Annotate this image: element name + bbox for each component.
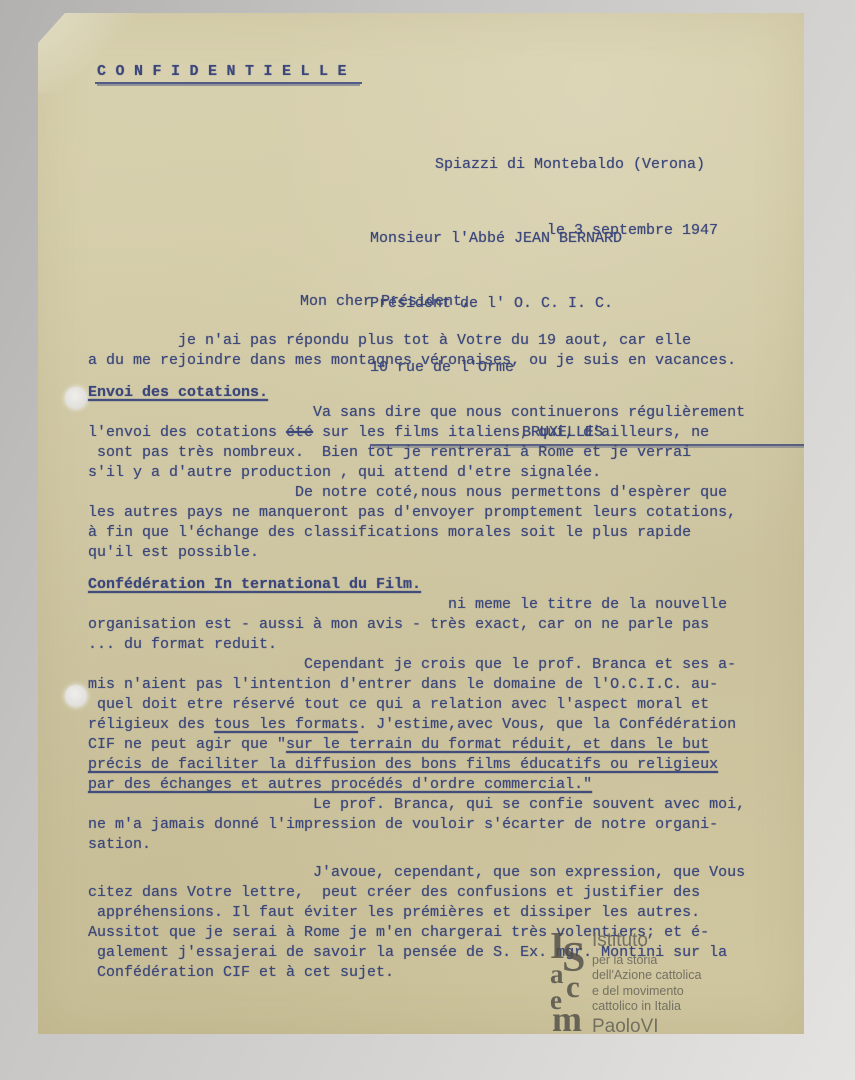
- letter-line: l'envoi des cotations été sur les films …: [88, 423, 778, 443]
- text-segment: . J'estime,avec Vous, que la Confédérati…: [358, 716, 736, 733]
- letter-line: quel doit etre réservé tout ce qui a rel…: [88, 695, 778, 715]
- text-segment: sur les films italiens, qui, d'ailleurs,…: [313, 424, 709, 441]
- letter-line: par des échanges et autres procédés d'or…: [88, 775, 778, 795]
- text-segment: organisation est - aussi à mon avis - tr…: [88, 616, 709, 633]
- monogram-letter: c: [566, 971, 580, 1002]
- letter-line: Cependant je crois que le prof. Branca e…: [88, 655, 778, 675]
- letter-line: réligieux des tous les formats. J'estime…: [88, 715, 778, 735]
- salutation: Mon cher Président,: [300, 293, 471, 310]
- text-segment: Confédération CIF et à cet sujet.: [97, 964, 394, 981]
- text-segment: qu'il est possible.: [88, 544, 259, 561]
- text-segment: ne m'a jamais donné l'impression de voul…: [88, 816, 718, 833]
- text-segment: sur le terrain du format réduit, et dans…: [286, 736, 709, 753]
- text-segment: ni meme le titre de la nouvelle: [448, 596, 727, 613]
- letter-line: sont pas très nombreux. Bien tot je rent…: [88, 443, 778, 463]
- watermark-text: Istituto per la storia dell'Azione catto…: [592, 929, 701, 1039]
- watermark-line: cattolico in Italia: [592, 999, 701, 1014]
- text-segment: à fin que l'échange des classifications …: [88, 524, 691, 541]
- text-segment: je n'ai pas répondu plus tot à Votre du …: [178, 332, 691, 349]
- punch-hole: [65, 685, 87, 707]
- watermark-line: dell'Azione cattolica: [592, 968, 701, 983]
- watermark-line: per la storia: [592, 953, 701, 968]
- text-segment: CIF ne peut agir que ": [88, 736, 286, 753]
- letter-line: organisation est - aussi à mon avis - tr…: [88, 615, 778, 635]
- text-segment: réligieux des: [88, 716, 214, 733]
- classification-heading: CONFIDENTIELLE: [95, 63, 362, 84]
- letter-line: ... du format reduit.: [88, 635, 778, 655]
- text-segment: De notre coté,nous nous permettons d'esp…: [295, 484, 727, 501]
- letter-line: s'il y a d'autre production , qui attend…: [88, 463, 778, 483]
- text-segment: l'envoi des cotations: [88, 424, 286, 441]
- text-segment: mis n'aient pas l'intention d'entrer dan…: [88, 676, 718, 693]
- letter-line: Va sans dire que nous continuerons régul…: [88, 403, 778, 423]
- text-segment: Envoi des cotations.: [88, 384, 268, 401]
- text-segment: quel doit etre réservé tout ce qui a rel…: [97, 696, 709, 713]
- letter-line: Le prof. Branca, qui se confie souvent a…: [88, 795, 778, 815]
- monogram-letter: a: [550, 961, 564, 988]
- text-segment: précis de faciliter la diffusion des bon…: [88, 756, 718, 773]
- text-segment: citez dans Votre lettre, peut créer des …: [88, 884, 700, 901]
- letter-line: sation.: [88, 835, 778, 855]
- letter-line: ne m'a jamais donné l'impression de voul…: [88, 815, 778, 835]
- text-segment: J'avoue, cependant, que son expression, …: [313, 864, 745, 881]
- dateline-place: Spiazzi di Montebaldo (Verona): [435, 154, 718, 176]
- letter-line: J'avoue, cependant, que son expression, …: [88, 863, 778, 883]
- text-segment: les autres pays ne manqueront pas d'envo…: [88, 504, 736, 521]
- text-segment: tous les formats: [214, 716, 358, 733]
- monogram-letter: m: [552, 1001, 582, 1037]
- text-segment: s'il y a d'autre production , qui attend…: [88, 464, 601, 481]
- text-segment: Le prof. Branca, qui se confie souvent a…: [313, 796, 745, 813]
- letter-line: mis n'aient pas l'intention d'entrer dan…: [88, 675, 778, 695]
- watermark-institute-name: Istituto: [592, 929, 701, 953]
- isacem-monogram-logo: ISacem: [550, 931, 588, 1035]
- recipient-name: Monsieur l'Abbé JEAN BERNARD: [370, 228, 855, 250]
- letter-line: les autres pays ne manqueront pas d'envo…: [88, 503, 778, 523]
- text-segment: Va sans dire que nous continuerons régul…: [313, 404, 745, 421]
- letter-line: je n'ai pas répondu plus tot à Votre du …: [88, 331, 778, 351]
- archive-watermark: ISacem Istituto per la storia dell'Azion…: [546, 929, 766, 1044]
- text-segment: sation.: [88, 836, 151, 853]
- letter-document: CONFIDENTIELLE Spiazzi di Montebaldo (Ve…: [38, 13, 804, 1034]
- text-segment: ... du format reduit.: [88, 636, 277, 653]
- watermark-line: e del movimento: [592, 984, 701, 999]
- punch-hole: [65, 387, 87, 409]
- text-segment: Cependant je crois que le prof. Branca e…: [304, 656, 736, 673]
- letter-line: ni meme le titre de la nouvelle: [88, 595, 778, 615]
- letter-line: précis de faciliter la diffusion des bon…: [88, 755, 778, 775]
- text-segment: a du me rejoindre dans mes montagnes vér…: [88, 352, 736, 369]
- text-segment: sont pas très nombreux. Bien tot je rent…: [97, 444, 691, 461]
- letter-line: a du me rejoindre dans mes montagnes vér…: [88, 351, 778, 371]
- section-heading: Envoi des cotations.: [88, 383, 778, 403]
- scan-background: CONFIDENTIELLE Spiazzi di Montebaldo (Ve…: [0, 0, 855, 1080]
- letter-line: à fin que l'échange des classifications …: [88, 523, 778, 543]
- text-segment: appréhensions. Il faut éviter les prémiè…: [97, 904, 700, 921]
- text-segment: été: [286, 424, 313, 441]
- watermark-paolovi: PaoloVI: [592, 1015, 701, 1039]
- letter-line: CIF ne peut agir que "sur le terrain du …: [88, 735, 778, 755]
- section-heading: Confédération In ternational du Film.: [88, 575, 778, 595]
- letter-body: je n'ai pas répondu plus tot à Votre du …: [88, 331, 778, 983]
- letter-line: appréhensions. Il faut éviter les prémiè…: [88, 903, 778, 923]
- letter-line: qu'il est possible.: [88, 543, 778, 563]
- letter-line: citez dans Votre lettre, peut créer des …: [88, 883, 778, 903]
- letter-line: De notre coté,nous nous permettons d'esp…: [88, 483, 778, 503]
- text-segment: par des échanges et autres procédés d'or…: [88, 776, 592, 793]
- text-segment: Confédération In ternational du Film.: [88, 576, 421, 593]
